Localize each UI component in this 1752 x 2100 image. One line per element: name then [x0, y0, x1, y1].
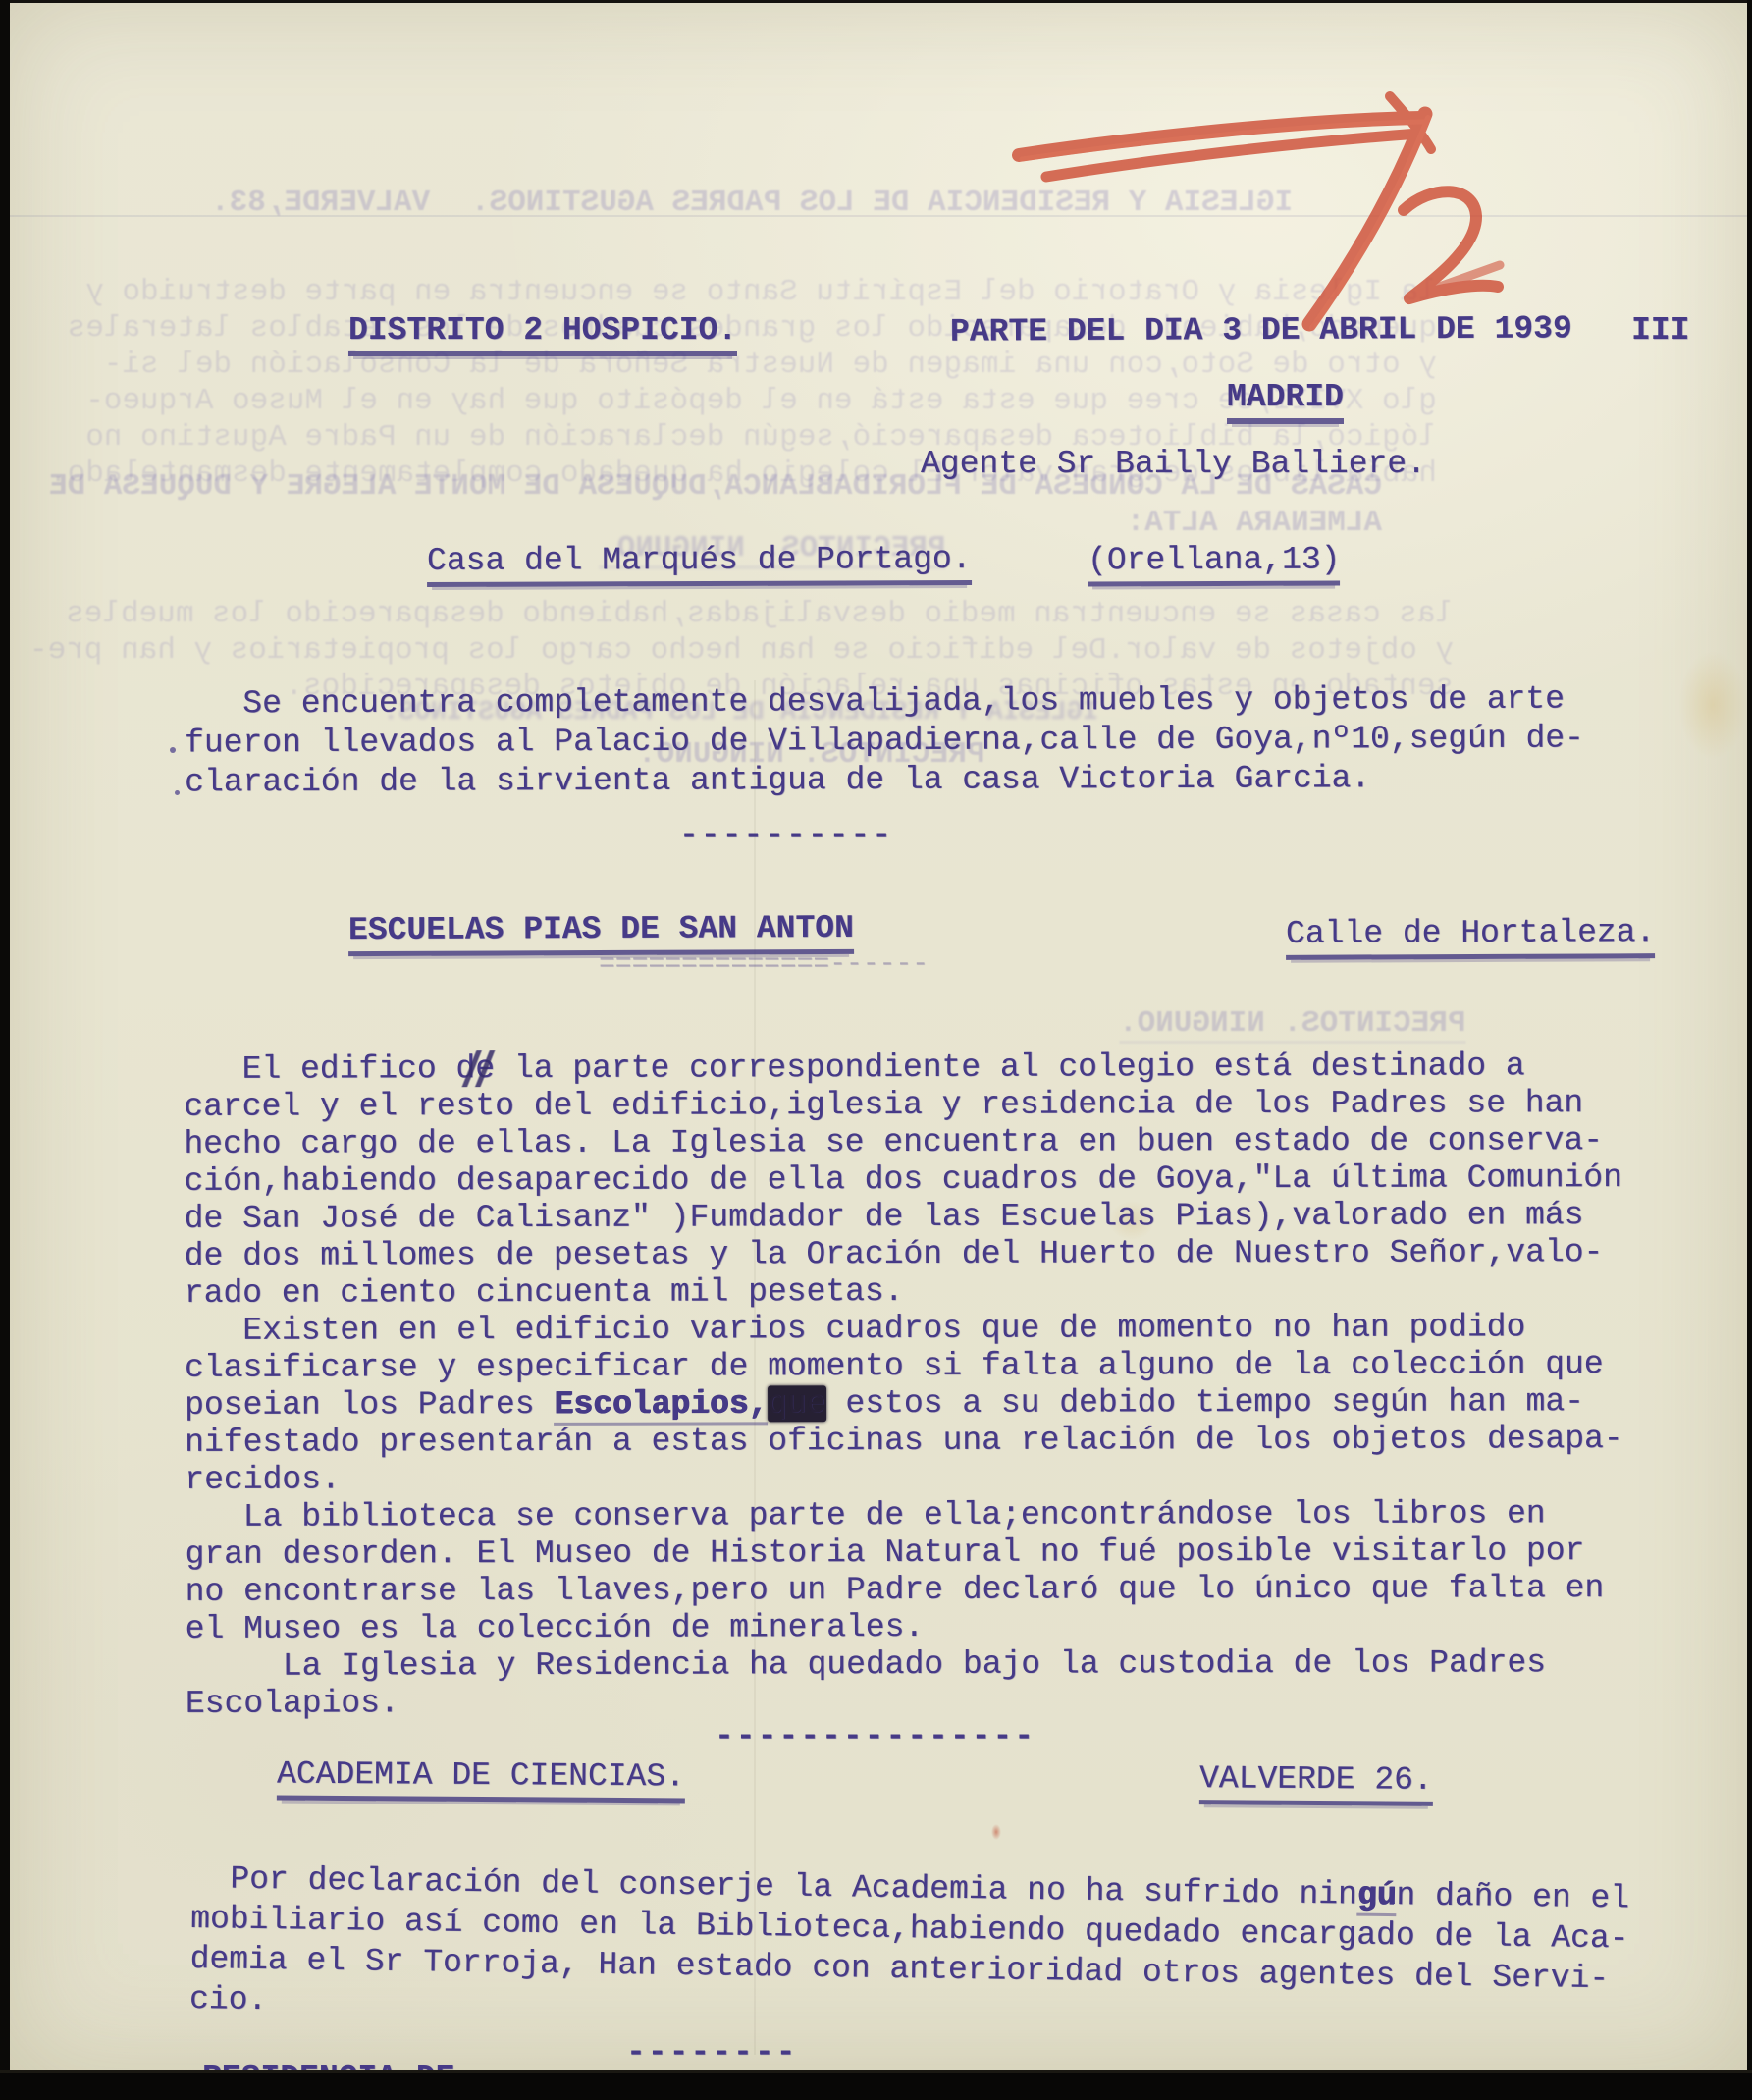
text-line: Existen en el edificio varios cuadros qu… [185, 1309, 1623, 1350]
date-line: PARTE DEL DIA 3 DE ABRIL DE 1939 [950, 311, 1572, 350]
text-line: recidos. [185, 1458, 1623, 1499]
scan-edge-top [0, 0, 1752, 3]
text-line: La biblioteca se conserva parte de ella;… [185, 1495, 1623, 1536]
academia-paragraph: Por declaración del conserje la Academia… [189, 1858, 1630, 2039]
text-line: rado en ciento cincuenta mil pesetas. [185, 1271, 1623, 1313]
text-line: la Iglesia y Oratorio del Espíritu Santo… [49, 274, 1437, 310]
district-heading: DISTRITO 2 HOSPICIO. [348, 313, 737, 356]
text-line: hecho cargo de ellas. La Iglesia se encu… [184, 1122, 1622, 1163]
section-divider: -------- [626, 2035, 797, 2071]
scan-edge-left [0, 0, 10, 2100]
text-line: clasificarse y especificar de momento si… [185, 1346, 1623, 1387]
text-line: La Iglesia y Residencia ha quedado bajo … [186, 1644, 1624, 1686]
text-line: ción,habiendo desaparecido de ella dos c… [184, 1159, 1622, 1201]
academia-address: VALVERDE 26. [1199, 1761, 1433, 1806]
escuelas-paragraph: El edifico de la parte correspondiente a… [184, 1048, 1623, 1723]
scan-edge-right [1747, 0, 1752, 2100]
agent-line: Agente Sr Bailly Balliere. [921, 447, 1426, 482]
escuelas-subdivider: ==============------ [599, 947, 929, 983]
text-line: el Museo es la colección de minerales. [186, 1607, 1624, 1648]
scan-edge-bottom [0, 2070, 1752, 2100]
text-line: claración de la sirvienta antigua de la … [185, 759, 1584, 803]
city-heading: MADRID [1227, 380, 1344, 424]
text-line: no encontrarse las llaves,pero un Padre … [185, 1570, 1623, 1611]
text-line: de San José de Calisanz" )Fumdador de la… [185, 1197, 1623, 1238]
section-divider: ---------- [679, 818, 893, 853]
scan-line-artifact [10, 215, 1747, 217]
casa-address: (Orellana,13) [1088, 543, 1341, 587]
casa-title: Casa del Marqués de Portago. [427, 542, 972, 587]
stray-ink-dot [170, 747, 176, 753]
text-line: las casas se encuentran medio desvalijad… [29, 596, 1454, 632]
ink-speck [991, 1824, 1001, 1840]
scanned-document-page: VALVERDE,83. IGLESIA Y RESIDENCIA DE LOS… [0, 0, 1752, 2100]
text-line: poseian los Padres Escolapios,que estos … [185, 1383, 1623, 1425]
bleedthrough-precintos-b: PRECINTOS. NINGUNO. [1119, 1006, 1465, 1044]
paper-stain [1678, 651, 1747, 759]
text-line: de dos millomes de pesetas y la Oración … [185, 1234, 1623, 1275]
text-line: y otro de Soto,con una imagen de Nuestra… [49, 347, 1437, 383]
casa-paragraph: Se encuentra completamente desvalijada,l… [185, 680, 1584, 803]
year-numeral: III [1631, 313, 1689, 349]
text-line: nifestado presentarán a estas oficinas u… [185, 1421, 1623, 1462]
text-line: Se encuentra completamente desvalijada,l… [185, 680, 1584, 725]
text-line: Escolapios. [186, 1682, 1624, 1723]
section-divider: --------------- [715, 1719, 1035, 1754]
escuelas-address: Calle de Hortaleza. [1286, 915, 1655, 960]
stray-ink-dot [175, 790, 180, 795]
paper-sheet: VALVERDE,83. IGLESIA Y RESIDENCIA DE LOS… [10, 3, 1747, 2073]
text-line: y objetos de valor.Del edificio se han h… [29, 632, 1454, 669]
text-line: carcel y el resto del edificio,iglesia y… [184, 1085, 1622, 1126]
text-line: gran desorden. El Museo de Historia Natu… [185, 1533, 1623, 1574]
text-line: El edifico de la parte correspondiente a… [184, 1048, 1622, 1089]
text-line: fueron llevados al Palacio de Villapadie… [185, 720, 1584, 764]
academia-title: ACADEMIA DE CIENCIAS. [277, 1757, 685, 1804]
